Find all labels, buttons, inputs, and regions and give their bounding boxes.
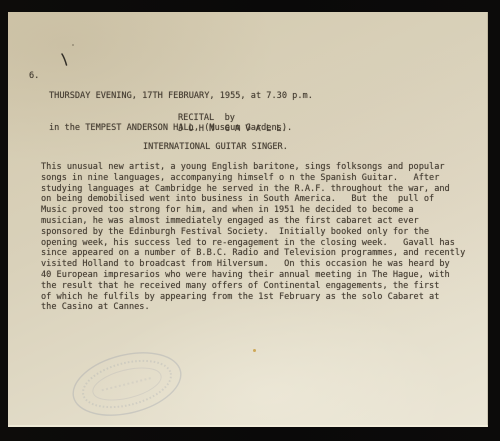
document-page: 6. THURSDAY EVENING, 17TH FEBRUARY, 1955… <box>8 12 488 427</box>
paper-speck-small <box>72 44 74 46</box>
body-paragraph: This unusual new artist, a young English… <box>41 162 465 313</box>
pen-mark <box>60 53 70 67</box>
subtitle-heading: INTERNATIONAL GUITAR SINGER. <box>143 142 288 153</box>
recital-heading: RECITAL by <box>178 113 235 124</box>
artist-name: J O H N G A V A L L. <box>178 124 287 135</box>
photo-background: 6. THURSDAY EVENING, 17TH FEBRUARY, 1955… <box>0 0 500 441</box>
paper-speck <box>253 349 256 352</box>
oval-stamp <box>63 343 197 431</box>
item-number: 6. <box>29 71 39 83</box>
event-datetime-line: THURSDAY EVENING, 17TH FEBRUARY, 1955, a… <box>49 91 313 103</box>
